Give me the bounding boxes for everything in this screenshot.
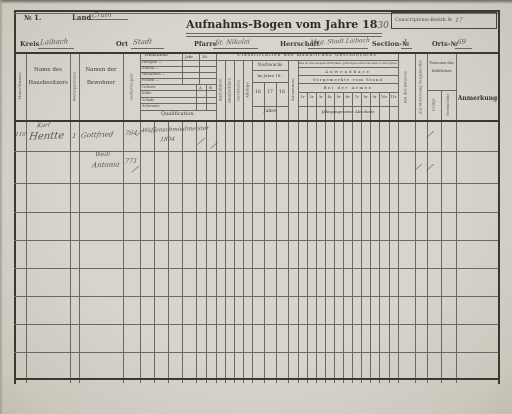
kreis-label: Kreis xyxy=(20,41,39,48)
conscription-district-box: Conscriptions-Bezirk № 17 xyxy=(391,12,497,29)
viehstand-row: Hengste — xyxy=(142,61,162,65)
grid-line-h xyxy=(186,36,382,37)
grid-line-h xyxy=(213,48,258,49)
viehstand-subcol-a: A xyxy=(199,86,202,90)
entry-resident-1: Gottfried xyxy=(81,131,114,139)
nachwuchs-footer: Jahre xyxy=(252,110,288,115)
grid-line-v xyxy=(316,92,317,383)
column-bewohner: Namen der Bewohner xyxy=(80,64,122,90)
entry-note-line1: Waffenschmiedmeister xyxy=(142,127,210,135)
grid-line-v xyxy=(168,120,169,383)
grid-line-v xyxy=(379,92,380,383)
viehstand-row: Kühe xyxy=(142,92,151,96)
classes-row-armee: Bei der Armee xyxy=(299,86,397,90)
viehstand-row: Schweine xyxy=(142,105,160,109)
viehstand-title: Viehstand: xyxy=(144,54,168,59)
form-title-year: 30 xyxy=(377,21,388,31)
viehstand-row: Stuten — xyxy=(142,67,159,71)
class-col: 6r xyxy=(343,96,352,100)
grid-line-v xyxy=(389,92,390,383)
grid-line-v xyxy=(264,82,265,383)
classes-row-vorgemerkte: Vorgemerkte vom Stand xyxy=(299,78,397,82)
grid-line-v xyxy=(252,60,253,383)
grid-line-v xyxy=(334,92,335,383)
entry-owner-surname: Hentte xyxy=(28,131,64,142)
weiblich-verehelichte: Verehelichte xyxy=(441,92,456,118)
grid-line-v xyxy=(206,120,207,383)
grid-line-h xyxy=(14,240,498,241)
column-wohnparteien: Wohnparteien xyxy=(70,54,79,118)
grid-line-h xyxy=(14,296,498,297)
viehstand-row: Schafe xyxy=(142,99,154,103)
sheet-number: № 1. xyxy=(24,14,41,21)
grid-line-v xyxy=(276,82,277,383)
entry-birthyear-2: 771 xyxy=(125,158,138,165)
grid-line-h xyxy=(14,268,498,269)
entry-owner-firstname: Karl xyxy=(37,123,51,129)
grid-line-h xyxy=(401,48,412,49)
grid-line-h xyxy=(14,151,498,152)
scan-edge-left xyxy=(0,0,3,414)
herrschaft-value: Mag. Stadt Laibach xyxy=(310,38,371,46)
entry-note-line2: 1804 xyxy=(160,138,176,144)
grid-line-v xyxy=(196,120,197,383)
grid-line-v xyxy=(199,52,200,84)
class-col: 10r xyxy=(379,96,389,100)
grid-line-h xyxy=(298,67,398,68)
kreis-value: Laibach xyxy=(40,38,69,46)
column-adelige: Adelige xyxy=(243,62,252,118)
conscription-label: Conscriptions-Bezirk № xyxy=(395,18,452,23)
entry-parteien-count: 1 xyxy=(72,133,77,140)
grid-line-v xyxy=(154,120,155,383)
grid-line-v xyxy=(498,10,500,384)
grid-line-h xyxy=(14,324,498,325)
pfarre-value: St. Nikolai xyxy=(215,38,251,46)
qualification-footer: Qualification. xyxy=(140,112,216,117)
viehstand-col-year: 18.. xyxy=(202,55,209,59)
grid-line-h xyxy=(216,60,398,61)
conscription-value: 17 xyxy=(454,17,462,23)
nachwuchs-age-18: 18 xyxy=(276,91,288,96)
grid-line-v xyxy=(140,52,141,383)
classes-row-anwendbare: Anwendbare xyxy=(299,70,397,74)
grid-line-h xyxy=(38,48,74,49)
scan-edge-top xyxy=(0,0,512,4)
grid-line-h xyxy=(298,92,398,93)
grid-line-v xyxy=(441,90,442,383)
class-col: 2r xyxy=(307,96,316,100)
classes-note: Die in die untigen Rubriken gehörigen si… xyxy=(299,62,397,65)
class-col: 9r xyxy=(370,96,379,100)
viehstand-subcol-b: B xyxy=(209,86,212,90)
class-col: 8r xyxy=(361,96,370,100)
grid-line-h xyxy=(140,90,216,91)
grid-line-v xyxy=(325,92,326,383)
ort-value: Stadt xyxy=(133,39,153,47)
viehstand-row: Ochsen xyxy=(142,86,156,90)
form-title-text: Aufnahms-Bogen vom Jahre 18 xyxy=(186,18,377,31)
class-col: 3r xyxy=(316,96,325,100)
class-col: 11r xyxy=(389,96,398,100)
tally-tick: / xyxy=(197,138,204,147)
weiblich-ledige: Ledige xyxy=(427,92,441,118)
viehstand-col-jahr: Jahr xyxy=(185,55,193,59)
grid-line-h xyxy=(252,106,288,107)
column-haus-nummer: Haus-Numer xyxy=(14,54,26,118)
form-title: Aufnahms-Bogen vom Jahre 1830 xyxy=(186,19,382,31)
land-label: Land xyxy=(72,14,91,21)
grid-line-h xyxy=(298,75,398,76)
column-geburtsjahr: Geburts-Jahr xyxy=(123,54,140,118)
class-col: 5r xyxy=(334,96,343,100)
entry-resident-2-relation: Weib xyxy=(95,152,111,159)
column-zusammen: Zusammen xyxy=(288,62,298,118)
grid-line-h xyxy=(298,83,398,84)
nachwuchs-sub: Im Jahre 18.. xyxy=(252,74,288,78)
column-geistliche: Geistliche xyxy=(234,62,243,118)
ort-label: Ort xyxy=(116,41,128,48)
column-akatholiken: Akatholiken xyxy=(225,62,234,118)
column-musterung: Zur Musterung Vorgemerkte xyxy=(415,56,427,118)
classification-banner: Classification des männlichen Geschlecht… xyxy=(216,54,398,58)
class-col: 4r xyxy=(325,96,334,100)
grid-line-v xyxy=(352,92,353,383)
class-col: 7r xyxy=(352,96,361,100)
grid-line-v xyxy=(298,60,299,383)
grid-line-v xyxy=(182,120,183,383)
orts-number-value: 69 xyxy=(457,39,467,46)
grid-line-h xyxy=(186,33,382,34)
grid-line-h xyxy=(298,106,398,107)
anmerkung-header: Anmerkung xyxy=(456,96,499,102)
nachwuchs-age-17: 17 xyxy=(264,91,276,96)
entry-haus-no: 110 xyxy=(15,133,26,139)
tally-tick: / xyxy=(131,166,138,175)
grid-line-h xyxy=(14,352,498,353)
grid-line-h xyxy=(455,48,472,49)
grid-line-h xyxy=(308,48,368,49)
grid-line-v xyxy=(307,92,308,383)
grid-line-h xyxy=(131,48,164,49)
scanned-form-page: № 1. Land Crain Aufnahms-Bogen vom Jahre… xyxy=(0,0,512,414)
column-hausbesitzer: Name des Hausbesitzers xyxy=(27,64,69,90)
nachwuchs-age-16: 16 xyxy=(252,91,264,96)
classes-footer: Jahrgangsweise Abschnitt xyxy=(299,110,397,114)
grid-line-h xyxy=(14,212,498,213)
entry-resident-2: Antonia xyxy=(92,162,120,170)
grid-line-v xyxy=(26,52,27,383)
grid-line-h xyxy=(427,90,456,91)
grid-line-v xyxy=(361,92,362,383)
column-katholiken: Katholiken xyxy=(216,62,225,118)
grid-line-v xyxy=(343,92,344,383)
viehstand-row: Wallachen — xyxy=(142,73,165,77)
orts-number-label: Orts-№ xyxy=(432,41,458,48)
grid-line-h xyxy=(14,120,498,122)
grid-line-v xyxy=(79,52,80,383)
class-col: 1r xyxy=(298,96,307,100)
grid-line-h xyxy=(252,70,288,71)
grid-line-h xyxy=(14,183,498,184)
viehstand-row: Fohlen — xyxy=(142,79,159,83)
weiblich-title: Personen des Weiblichen xyxy=(428,60,455,76)
grid-line-v xyxy=(370,92,371,383)
grid-line-h xyxy=(252,82,288,83)
land-value: Crain xyxy=(92,12,113,20)
column-reserve: Bei der Reserve xyxy=(398,56,415,118)
grid-line-h xyxy=(14,378,498,380)
nachwuchs-title: Nachwuchs xyxy=(252,63,288,67)
grid-line-v xyxy=(182,52,183,84)
